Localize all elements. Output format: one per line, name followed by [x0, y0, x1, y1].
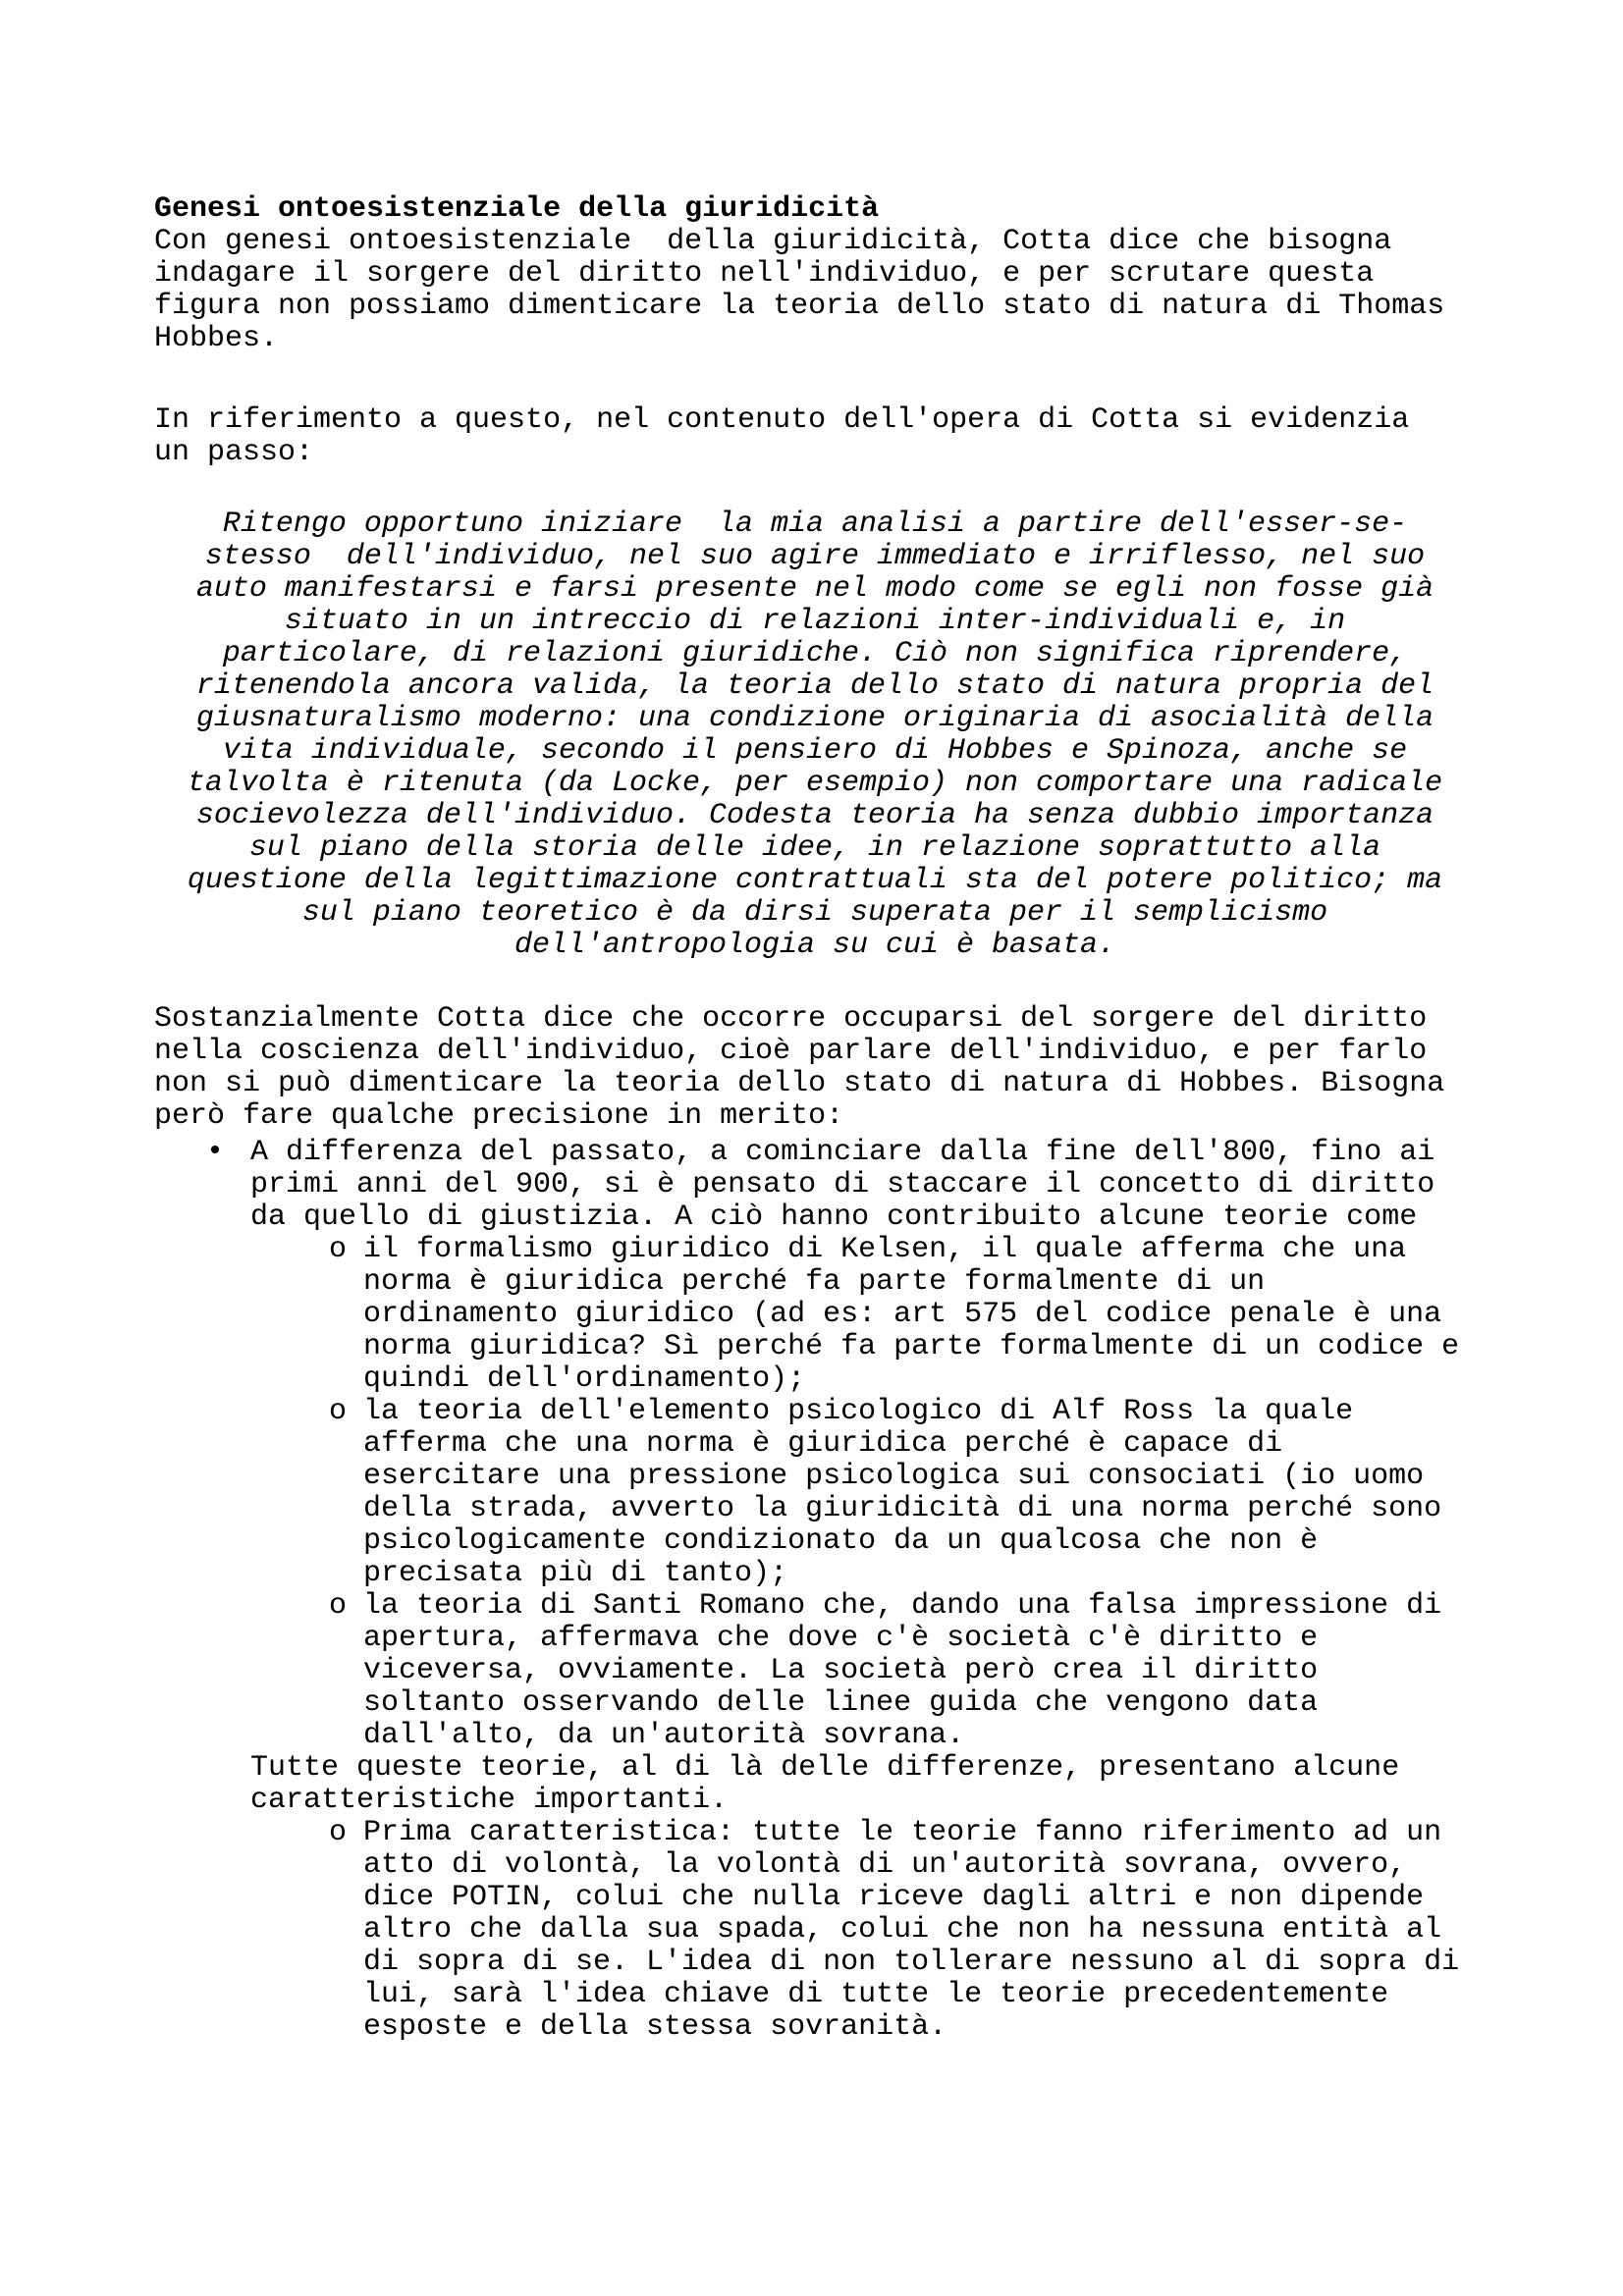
- list-item: o Prima caratteristica: tutte le teorie …: [154, 1817, 1476, 2044]
- sub-bullet-marker-icon: o: [329, 1396, 363, 1428]
- intro-paragraph: Con genesi ontoesistenziale della giurid…: [154, 226, 1476, 355]
- bullet-list: • A differenza del passato, a cominciare…: [154, 1137, 1476, 2044]
- list-item-text: la teoria dell'elemento psicologico di A…: [363, 1396, 1441, 1590]
- list-item: o la teoria di Santi Romano che, dando u…: [154, 1590, 1476, 1752]
- list-item: • A differenza del passato, a cominciare…: [154, 1137, 1476, 1234]
- list-item-text: la teoria di Santi Romano che, dando una…: [363, 1590, 1441, 1752]
- sub-bullet-marker-icon: o: [329, 1590, 363, 1623]
- page-title: Genesi ontoesistenziale della giuridicit…: [154, 193, 1476, 226]
- list-item-text: il formalismo giuridico di Kelsen, il qu…: [363, 1234, 1459, 1396]
- sub-bullet-marker-icon: o: [329, 1234, 363, 1266]
- document-page: Genesi ontoesistenziale della giuridicit…: [0, 0, 1623, 2296]
- summary-paragraph: Sostanzialmente Cotta dice che occorre o…: [154, 1003, 1476, 1133]
- reference-paragraph: In riferimento a questo, nel contenuto d…: [154, 404, 1476, 469]
- bullet-marker-icon: •: [206, 1137, 250, 1169]
- list-item: o la teoria dell'elemento psicologico di…: [154, 1396, 1476, 1590]
- list-item-text: A differenza del passato, a cominciare d…: [250, 1137, 1434, 1234]
- list-interlude-text: Tutte queste teorie, al di là delle diff…: [250, 1752, 1476, 1817]
- sub-bullet-marker-icon: o: [329, 1817, 363, 1849]
- list-item: o il formalismo giuridico di Kelsen, il …: [154, 1234, 1476, 1396]
- block-quote: Ritengo opportuno iniziare la mia analis…: [154, 508, 1476, 962]
- list-item-text: Prima caratteristica: tutte le teorie fa…: [363, 1817, 1459, 2044]
